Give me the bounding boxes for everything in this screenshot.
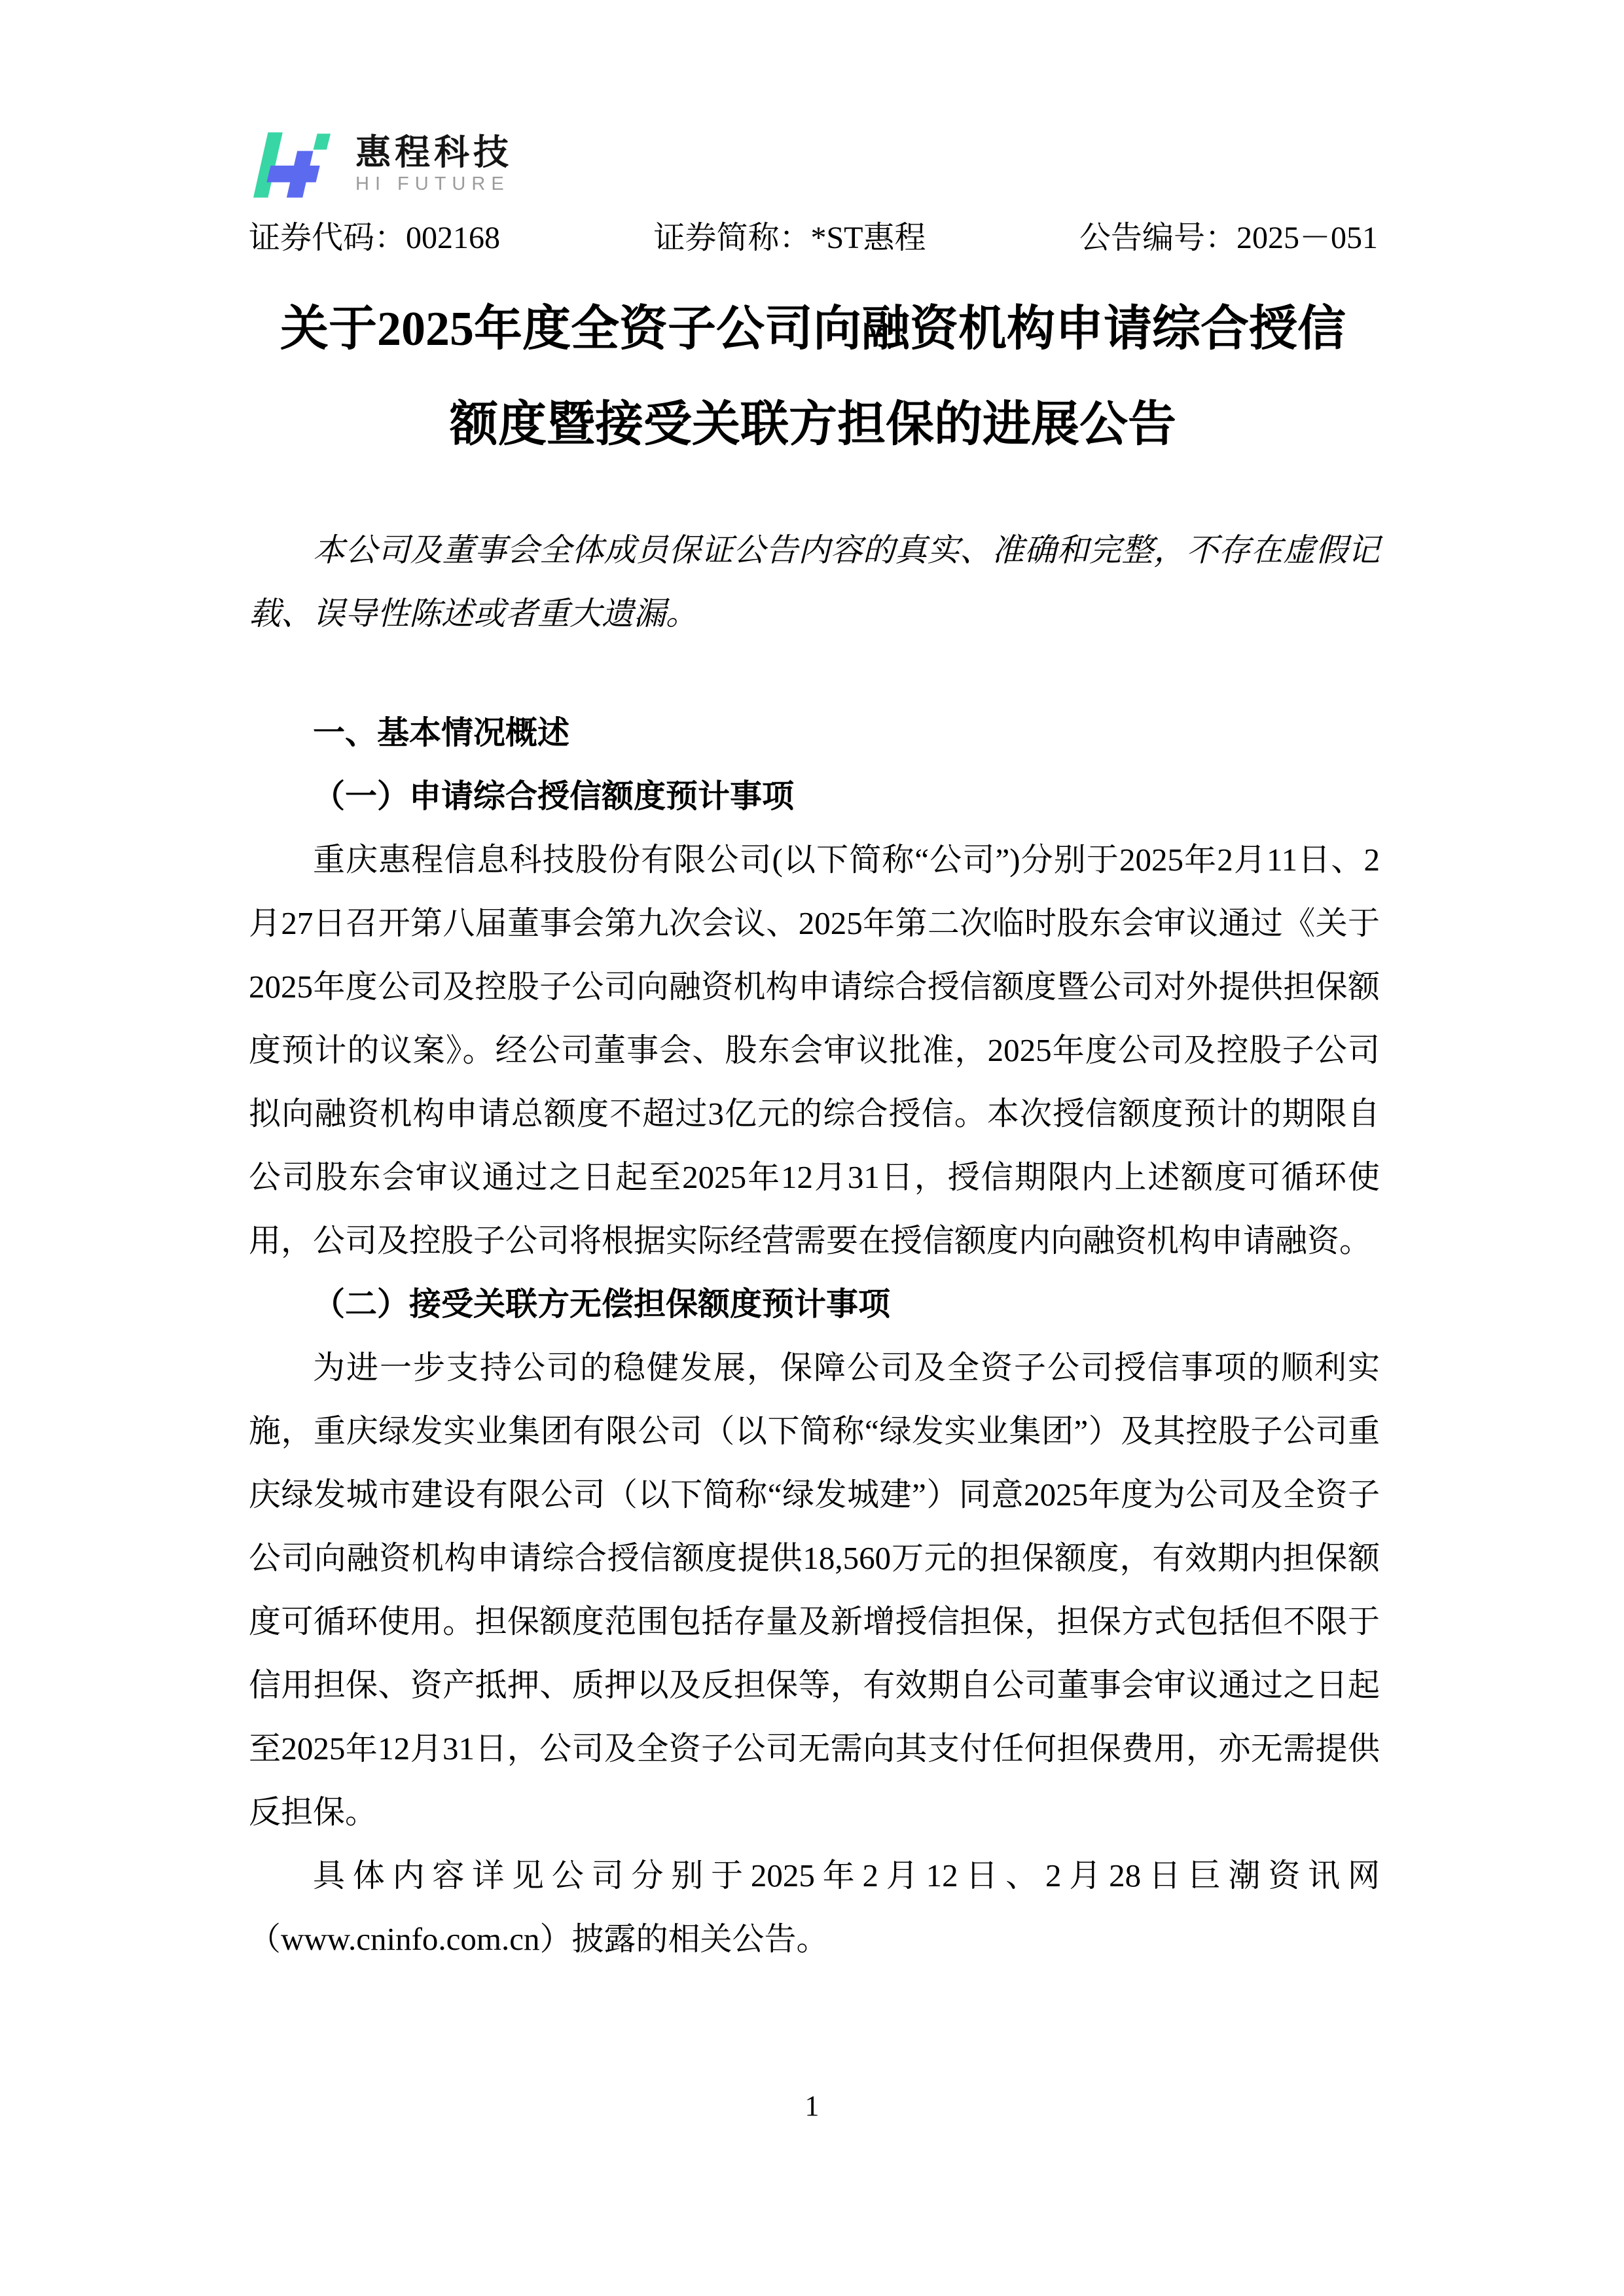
announcement-title-line1: 关于2025年度全资子公司向融资机构申请综合授信 — [247, 281, 1379, 377]
subsection-2-heading: （二）接受关联方无偿担保额度预计事项 — [249, 1272, 1380, 1336]
document-page: 惠程科技 HI FUTURE 证券代码：002168 证券简称：*ST惠程 公告… — [0, 0, 1624, 2296]
logo-wordmark: 惠程科技 HI FUTURE — [355, 134, 513, 195]
integrity-statement: 本公司及董事会全体成员保证公告内容的真实、准确和完整，不存在虚假记载、误导性陈述… — [249, 518, 1380, 645]
announcement-body: 一、基本情况概述 （一）申请综合授信额度预计事项 重庆惠程信息科技股份有限公司(… — [249, 701, 1380, 1971]
subsection-1-heading: （一）申请综合授信额度预计事项 — [249, 764, 1380, 828]
company-logo: 惠程科技 HI FUTURE — [252, 131, 513, 198]
announcement-title-line2: 额度暨接受关联方担保的进展公告 — [247, 377, 1379, 473]
announcement-title: 关于2025年度全资子公司向融资机构申请综合授信 额度暨接受关联方担保的进展公告 — [247, 281, 1379, 473]
logo-company-name-en: HI FUTURE — [355, 173, 513, 195]
page-number: 1 — [0, 2089, 1624, 2123]
securities-info-row: 证券代码：002168 证券简称：*ST惠程 公告编号：2025－051 — [249, 220, 1378, 257]
hifuture-logo-icon — [252, 131, 332, 198]
subsection-2-paragraph: 为进一步支持公司的稳健发展，保障公司及全资子公司授信事项的顺利实施，重庆绿发实业… — [249, 1336, 1380, 1844]
logo-company-name: 惠程科技 — [355, 134, 513, 171]
announcement-number: 公告编号：2025－051 — [1079, 220, 1378, 257]
section-1-heading: 一、基本情况概述 — [249, 701, 1380, 764]
closing-paragraph: 具体内容详见公司分别于2025年2月12日、2月28日巨潮资讯网（www.cni… — [249, 1844, 1380, 1971]
stock-code: 证券代码：002168 — [249, 220, 500, 257]
subsection-1-paragraph: 重庆惠程信息科技股份有限公司(以下简称“公司”)分别于2025年2月11日、2月… — [249, 828, 1380, 1272]
stock-abbr: 证券简称：*ST惠程 — [653, 220, 926, 257]
